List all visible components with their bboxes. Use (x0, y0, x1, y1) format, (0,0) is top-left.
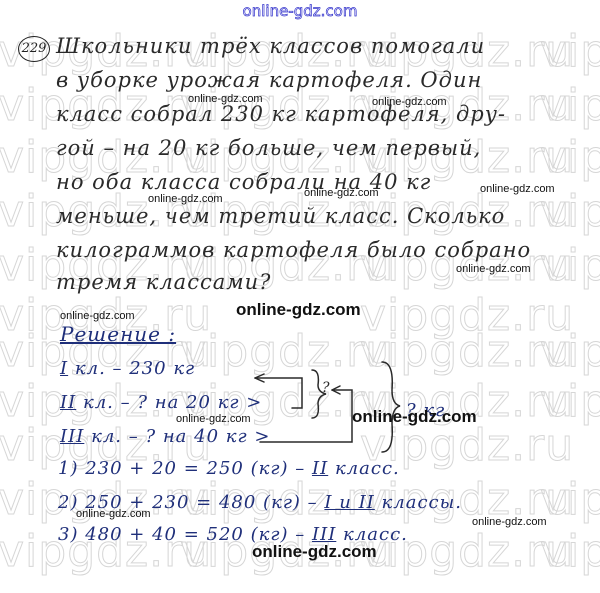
overlay-watermark: online-gdz.com (188, 93, 263, 105)
step-expression: 230 + 20 = 250 (кг) – (85, 458, 305, 479)
overlay-watermark: online-gdz.com (352, 407, 477, 427)
overlay-watermark: online-gdz.com (456, 263, 531, 275)
overlay-watermark: online-gdz.com (60, 310, 135, 322)
step-number: 3) (58, 524, 78, 545)
overlay-watermark: online-gdz.com (472, 516, 547, 528)
overlay-watermark: online-gdz.com (176, 413, 251, 425)
overlay-watermark: online-gdz.com (236, 300, 361, 320)
overlay-watermark: online-gdz.com (148, 193, 223, 205)
overlay-watermark: online-gdz.com (372, 96, 447, 108)
roman-label: I и II (324, 492, 374, 513)
solution-step: 1) 230 + 20 = 250 (кг) – II класс. (58, 458, 400, 479)
step-number: 1) (58, 458, 78, 479)
overlay-watermark: online-gdz.com (304, 187, 379, 199)
step-rest: классы. (382, 492, 463, 513)
overlay-watermark: online-gdz.com (76, 508, 151, 520)
homework-page: vipgdz.ru vipgdz.ru vipgdz.ru vipgdz.ru … (0, 0, 600, 593)
overlay-watermark: online-gdz.com (252, 542, 377, 562)
roman-label: II (312, 458, 328, 479)
step-rest: класс. (335, 458, 400, 479)
overlay-watermark: online-gdz.com (480, 183, 555, 195)
svg-text:?: ? (322, 380, 330, 396)
